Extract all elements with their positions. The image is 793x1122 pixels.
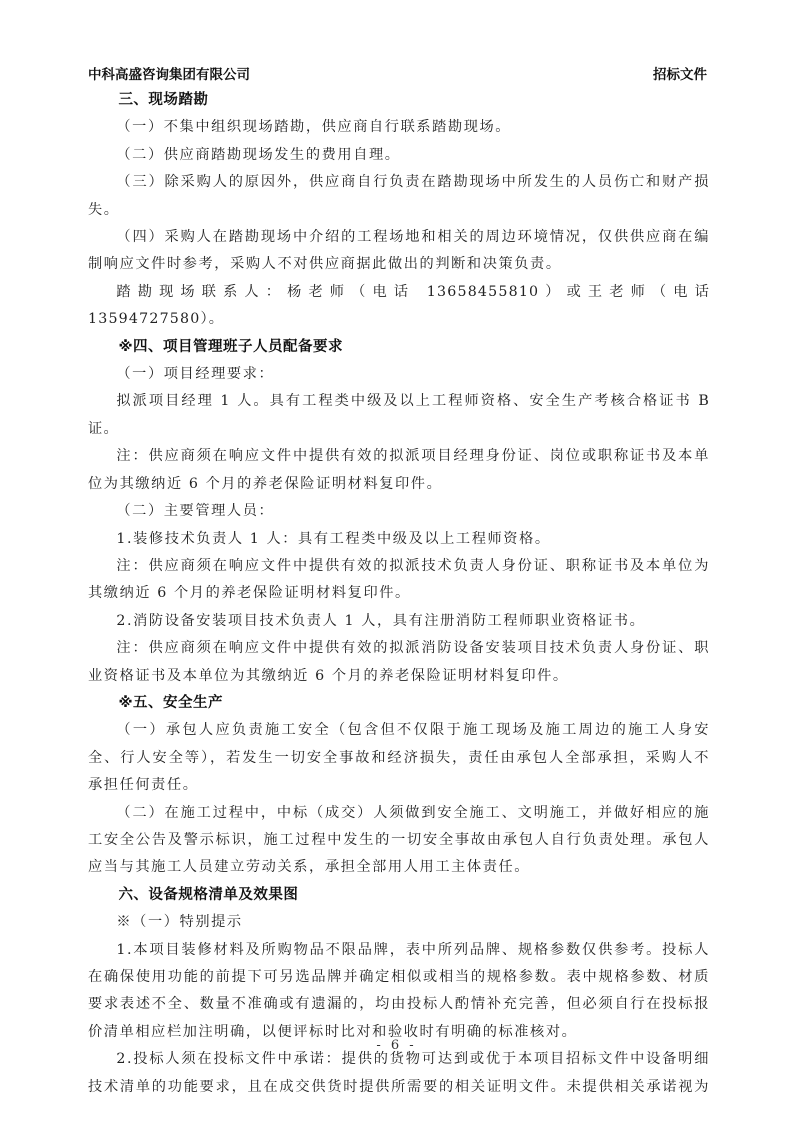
list-item: 1.本项目装修材料及所购物品不限品牌，表中所列品牌、规格参数仅供参考。投标人在确…: [88, 937, 710, 1047]
section-title: 六、设备规格清单及效果图: [88, 882, 710, 909]
paragraph: （二）供应商踏勘现场发生的费用自理。: [88, 142, 710, 169]
note: 注：供应商须在响应文件中提供有效的拟派技术负责人身份证、职称证书及本单位为其缴纳…: [88, 553, 710, 608]
subsection-title: （二）主要管理人员：: [88, 498, 710, 525]
page-number: - 6 -: [0, 1038, 793, 1053]
note: 注：供应商须在响应文件中提供有效的拟派项目经理身份证、岗位或职称证书及本单位为其…: [88, 443, 710, 498]
document-type: 招标文件: [653, 63, 707, 83]
paragraph: （三）除采购人的原因外，供应商自行负责在踏勘现场中所发生的人员伤亡和财产损失。: [88, 169, 710, 224]
paragraph: （一）不集中组织现场踏勘，供应商自行联系踏勘现场。: [88, 114, 710, 141]
list-item: 2.消防设备安装项目技术负责人 1 人，具有注册消防工程师职业资格证书。: [88, 608, 710, 635]
subsection-title: （一）项目经理要求：: [88, 361, 710, 388]
paragraph: （一）承包人应负责施工安全（包含但不仅限于施工现场及施工周边的施工人身安全、行人…: [88, 717, 710, 799]
section-safety: ※五、安全生产 （一）承包人应负责施工安全（包含但不仅限于施工现场及施工周边的施…: [88, 690, 710, 882]
contact-info: 踏勘现场联系人：杨老师（电话 13658455810）或王老师（电话 13594…: [88, 279, 710, 334]
paragraph: （二）在施工过程中，中标（成交）人须做到安全施工、文明施工，并做好相应的施工安全…: [88, 800, 710, 882]
paragraph: （四）采购人在踏勘现场中介绍的工程场地和相关的周边环境情况，仅供供应商在编制响应…: [88, 224, 710, 279]
section-title: ※五、安全生产: [88, 690, 710, 717]
section-title: 三、现场踏勘: [88, 87, 710, 114]
section-site-survey: 三、现场踏勘 （一）不集中组织现场踏勘，供应商自行联系踏勘现场。 （二）供应商踏…: [88, 87, 710, 334]
list-item: 1.装修技术负责人 1 人：具有工程类中级及以上工程师资格。: [88, 526, 710, 553]
paragraph: 拟派项目经理 1 人。具有工程类中级及以上工程师资格、安全生产考核合格证书 B …: [88, 388, 710, 443]
page-header: 中科高盛咨询集团有限公司 招标文件: [88, 63, 707, 83]
list-item: 2.投标人须在投标文件中承诺：提供的货物可达到或优于本项目招标文件中设备明细技术…: [88, 1046, 710, 1101]
subsection-title: ※（一）特别提示: [88, 909, 710, 936]
company-name: 中科高盛咨询集团有限公司: [88, 63, 250, 83]
section-title: ※四、项目管理班子人员配备要求: [88, 334, 710, 361]
note: 注：供应商须在响应文件中提供有效的拟派消防设备安装项目技术负责人身份证、职业资格…: [88, 635, 710, 690]
document-body: 三、现场踏勘 （一）不集中组织现场踏勘，供应商自行联系踏勘现场。 （二）供应商踏…: [88, 87, 710, 1101]
section-equipment-spec: 六、设备规格清单及效果图 ※（一）特别提示 1.本项目装修材料及所购物品不限品牌…: [88, 882, 710, 1101]
section-project-team: ※四、项目管理班子人员配备要求 （一）项目经理要求： 拟派项目经理 1 人。具有…: [88, 334, 710, 690]
